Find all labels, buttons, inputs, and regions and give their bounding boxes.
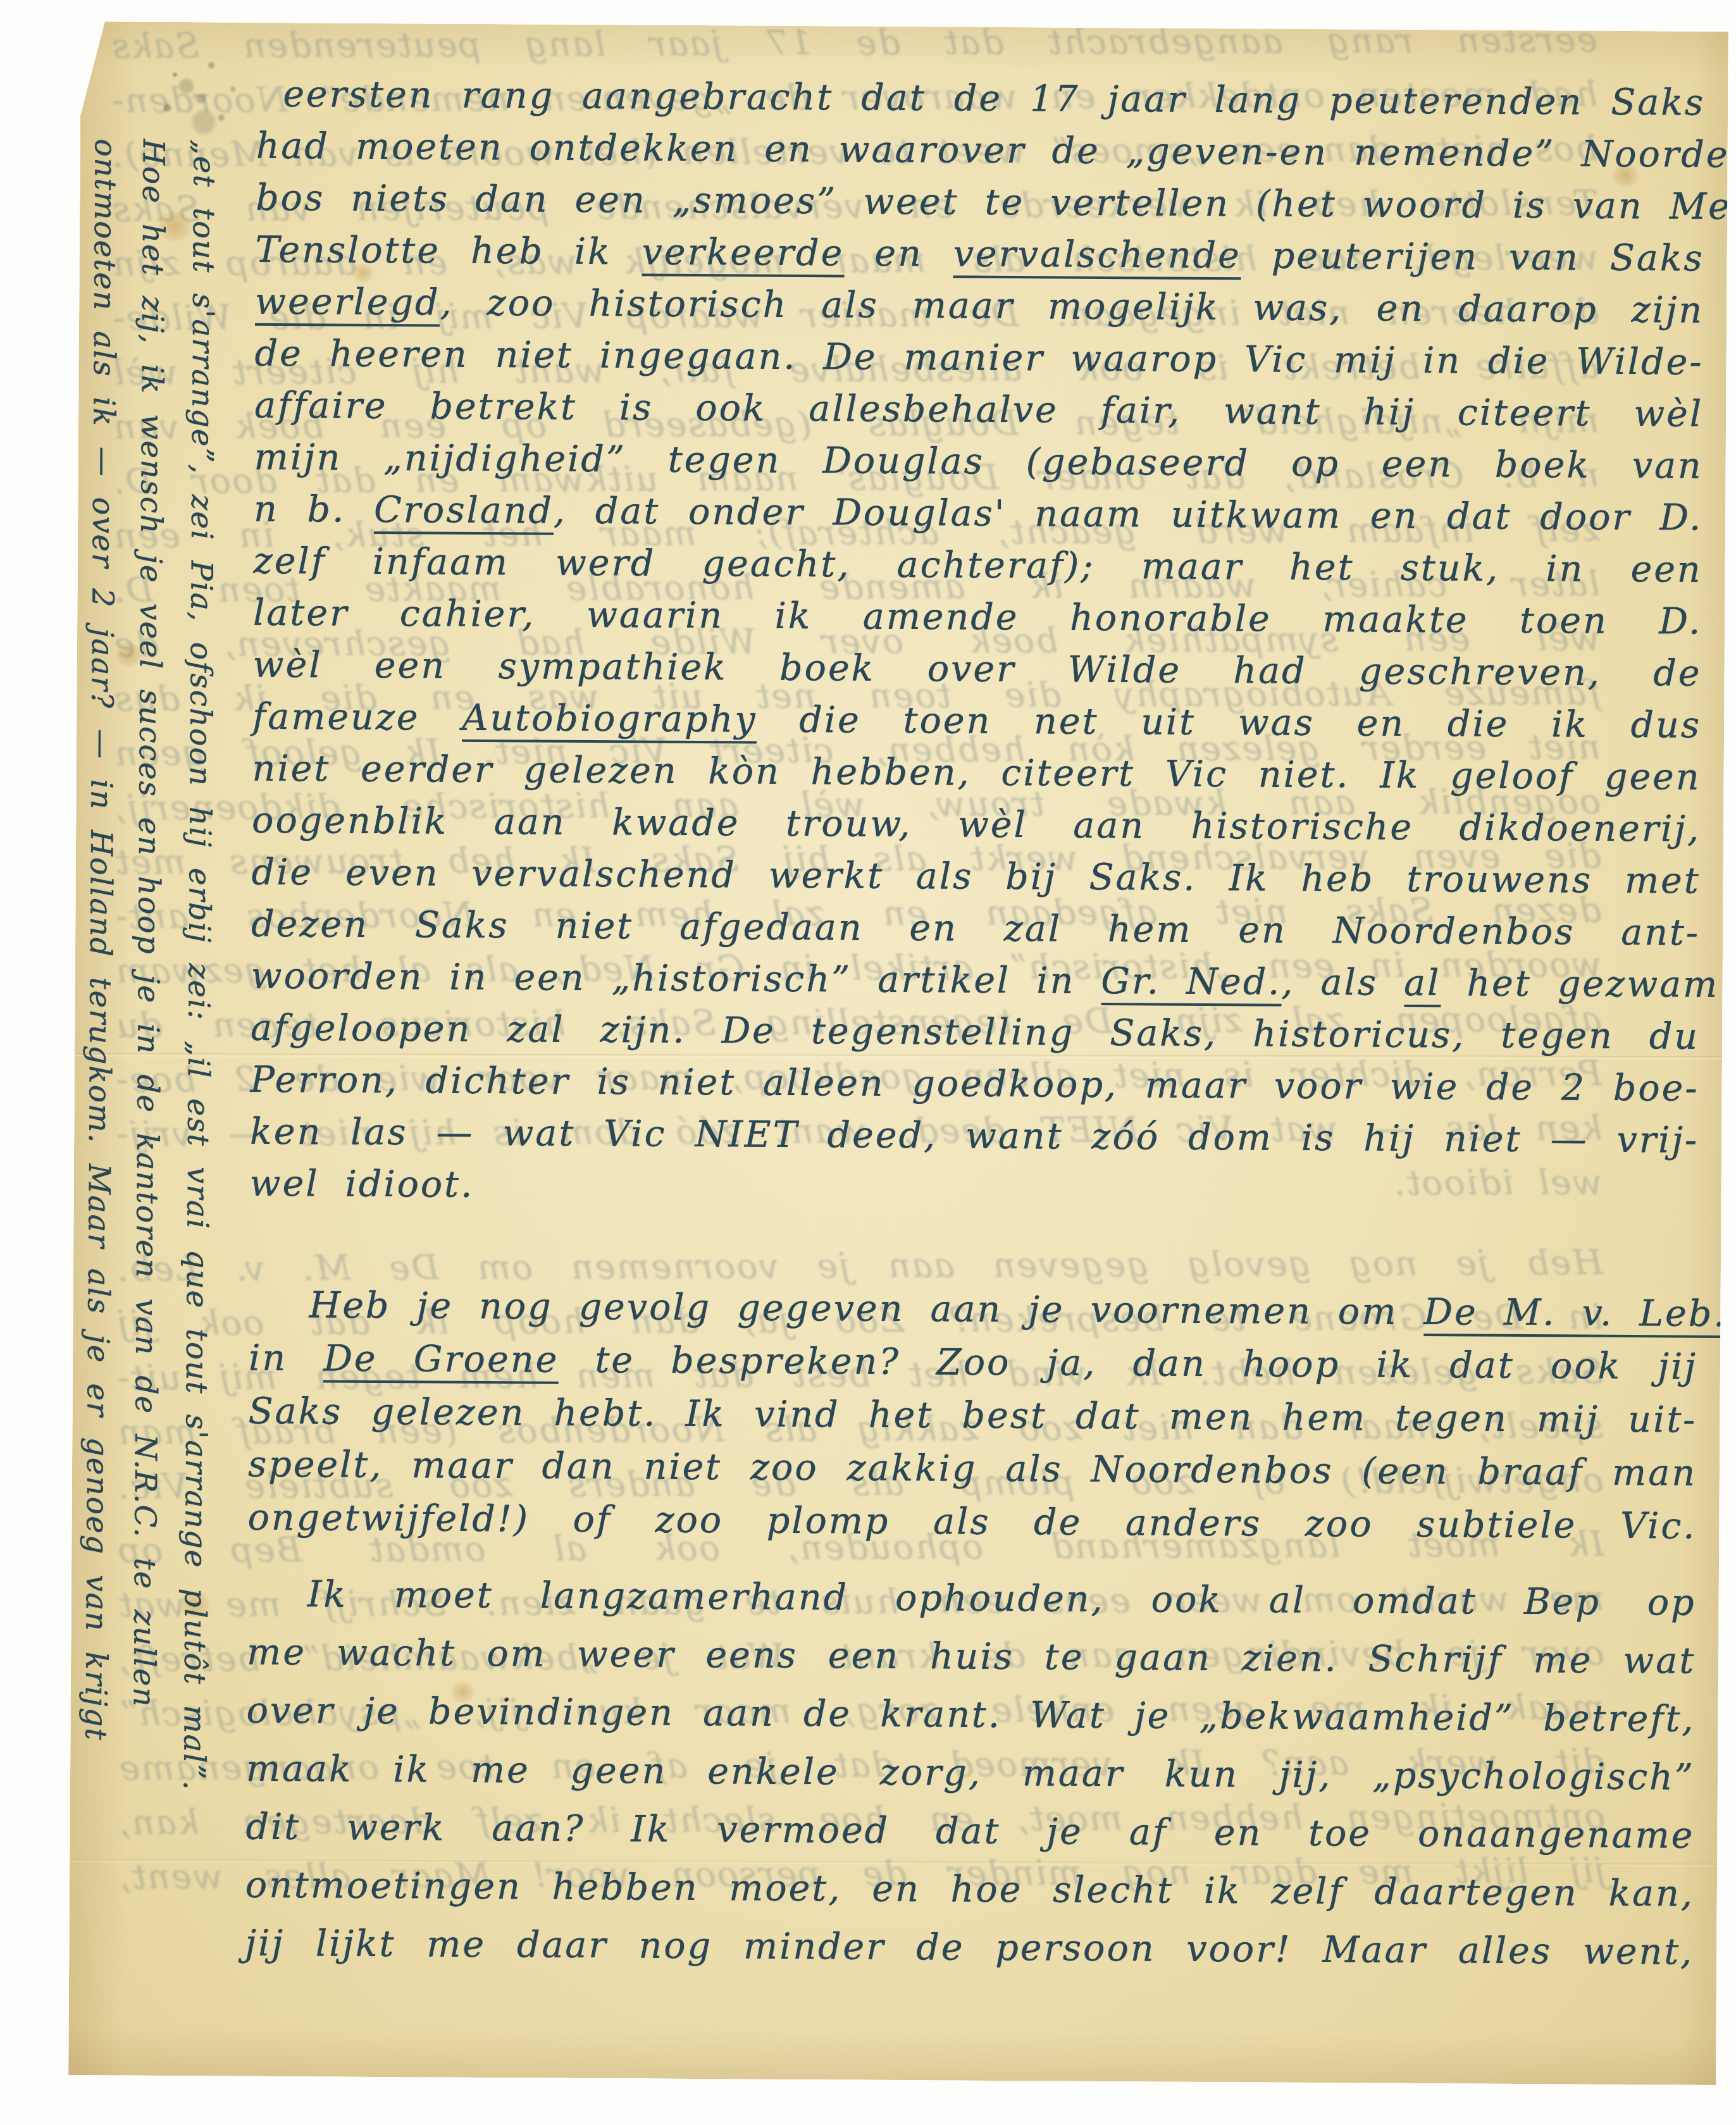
- handwritten-line: over je bevindingen aan de krant. Wat je…: [246, 1682, 1696, 1749]
- handwritten-line: Saks gelezen hebt. Ik vind het best dat …: [248, 1385, 1697, 1447]
- handwritten-line: Ik moet langzamerhand ophouden, ook al o…: [247, 1565, 1696, 1632]
- text-segment: het gezwam: [1441, 962, 1719, 1006]
- text-segment: later cahier, waarin ik amende honorable…: [253, 592, 1702, 643]
- text-segment: woorden in een „historisch” artikel in: [251, 955, 1101, 1002]
- handwritten-line: fameuze Autobiography die toen net uit w…: [252, 691, 1701, 752]
- text-segment: Saks gelezen hebt. Ik vind het best dat …: [248, 1391, 1697, 1441]
- underlined-word: weerlegd: [255, 281, 440, 327]
- underlined-word: De M. v. Leb.: [1423, 1291, 1727, 1338]
- handwritten-line: woorden in een „historisch” artikel in G…: [251, 950, 1699, 1011]
- underlined-word: De Groene: [323, 1337, 559, 1384]
- text-segment: oogenblik aan kwade trouw, wèl aan histo…: [252, 800, 1701, 850]
- handwritten-line: wel idioot.: [249, 1158, 1698, 1218]
- handwritten-line: ongetwijfeld!) of zoo plomp als de ander…: [247, 1491, 1696, 1553]
- text-segment: , zoo historisch als maar mogelijk was, …: [440, 282, 1704, 331]
- text-segment: affaire betrekt is ook allesbehalve fair…: [254, 385, 1703, 435]
- handwritten-line: Heb je nog gevolg gegeven aan je voornem…: [249, 1279, 1697, 1341]
- text-segment: , als: [1281, 962, 1404, 1004]
- text-segment: afgeloopen zal zijn. De tegenstelling Sa…: [251, 1007, 1699, 1058]
- handwritten-line: de heeren niet ingegaan. De manier waaro…: [254, 328, 1703, 388]
- margin-note-line-2: Hoe het zij, ik wensch je veel succes en…: [124, 139, 171, 2075]
- underlined-word: Gr. Ned.: [1101, 960, 1281, 1007]
- text-segment: me wacht om weer eens een huis te gaan z…: [247, 1632, 1696, 1682]
- handwritten-line: maak ik me geen enkele zorg, maar kun ji…: [246, 1740, 1696, 1807]
- text-segment: maak ik me geen enkele zorg, maar kun ji…: [246, 1748, 1695, 1799]
- text-segment: over je bevindingen aan de krant. Wat je…: [246, 1690, 1695, 1740]
- handwritten-line: oogenblik aan kwade trouw, wèl aan histo…: [252, 795, 1701, 855]
- text-segment: eersten rang aangebracht dat de 17 jaar …: [283, 73, 1705, 124]
- text-segment: niet eerder gelezen kòn hebben, citeert …: [252, 748, 1701, 798]
- text-segment: eersten rang aangebracht dat de 17 jaar …: [111, 19, 1597, 66]
- handwritten-line: weerlegd, zoo historisch als maar mogeli…: [255, 276, 1704, 337]
- handwritten-line: Tenslotte heb ik verkeerde en vervalsche…: [255, 224, 1704, 285]
- text-segment: de heeren niet ingegaan. De manier waaro…: [255, 333, 1704, 383]
- text-segment: Perron, dichter is niet alleen goedkoop,…: [251, 1059, 1699, 1110]
- text-segment: , dat onder Douglas' naam uitkwam en dat…: [554, 490, 1703, 539]
- handwritten-line: later cahier, waarin ik amende honorable…: [253, 587, 1702, 648]
- text-segment: peuterijen van Saks: [1241, 235, 1704, 279]
- text-segment: Tenslotte heb ik: [256, 229, 642, 273]
- paragraph-2: Heb je nog gevolg gegeven aan je voornem…: [247, 1279, 1698, 1553]
- text-segment: speelt, maar dan niet zoo zakkig als Noo…: [248, 1444, 1697, 1494]
- handwritten-line: wèl een sympathiek boek over Wilde had g…: [252, 639, 1701, 700]
- handwritten-line: eersten rang aangebracht dat de 17 jaar …: [256, 68, 1705, 129]
- text-segment: dezen Saks niet afgedaan en zal hem en N…: [251, 903, 1700, 954]
- text-segment: had moeten ontdekken en waarover de „gev…: [256, 125, 1736, 177]
- text-segment: dit werk aan? Ik vermoed dat je af en to…: [245, 1806, 1694, 1857]
- text-segment: jij lijkt me daar nog minder de persoon …: [245, 1923, 1694, 1973]
- text-segment: zelf infaam werd geacht, achteraf); maar…: [254, 540, 1702, 591]
- text-segment: en: [844, 232, 953, 275]
- margin-note-line-3: ontmoeten als ik — over 2 jaar? — in Hol…: [76, 139, 123, 2074]
- text-segment: Ik moet langzamerhand ophouden, ook al o…: [307, 1573, 1696, 1623]
- handwritten-line: zelf infaam werd geacht, achteraf); maar…: [253, 535, 1702, 596]
- handwritten-line: affaire betrekt is ook allesbehalve fair…: [254, 380, 1703, 440]
- handwritten-line: ontmoetingen hebben moet, en hoe slecht …: [245, 1856, 1695, 1923]
- underlined-word: al: [1404, 962, 1441, 1007]
- text-segment: in: [249, 1337, 324, 1380]
- handwritten-line: niet eerder gelezen kòn hebben, citeert …: [252, 743, 1701, 803]
- scanned-letter-background: eersten rang aangebracht dat de 17 jaar …: [0, 0, 1736, 2125]
- text-segment: bos niets dan een „smoes” weet te vertel…: [256, 177, 1736, 228]
- handwritten-line: eersten rang aangebracht dat de 17 jaar …: [111, 12, 1597, 73]
- handwritten-line: ken las — wat Vic NIET deed, want zóó do…: [250, 1106, 1699, 1167]
- underlined-word: vervalschende: [953, 233, 1242, 280]
- text-segment: ken las — wat Vic NIET deed, want zóó do…: [250, 1111, 1699, 1162]
- handwritten-line: dezen Saks niet afgedaan en zal hem en N…: [251, 898, 1700, 959]
- letter-page: eersten rang aangebracht dat de 17 jaar …: [68, 22, 1728, 2085]
- paragraph-1: eersten rang aangebracht dat de 17 jaar …: [249, 68, 1705, 1218]
- underlined-word: verkeerde: [642, 232, 844, 278]
- handwritten-line: n b. Crosland, dat onder Douglas' naam u…: [254, 483, 1702, 544]
- text-segment: Heb je nog gevolg gegeven aan je voornem…: [309, 1284, 1423, 1333]
- text-segment: wèl een sympathiek boek over Wilde had g…: [253, 644, 1702, 695]
- handwritten-line: mijn „nijdigheid” tegen Douglas (gebasee…: [254, 431, 1702, 492]
- handwritten-line: afgeloopen zal zijn. De tegenstelling Sa…: [251, 1002, 1699, 1063]
- handwritten-line: jij lijkt me daar nog minder de persoon …: [245, 1914, 1694, 1981]
- handwritten-line: Perron, dichter is niet alleen goedkoop,…: [250, 1054, 1699, 1115]
- margin-note-line-1: „et tout s'arrange”, zei Pia, ofschoon h…: [175, 139, 221, 2075]
- faded-stamp-mark: [131, 46, 277, 142]
- handwritten-line: speelt, maar dan niet zoo zakkig als Noo…: [248, 1438, 1697, 1500]
- text-segment: fameuze: [252, 696, 462, 739]
- handwritten-line: dit werk aan? Ik vermoed dat je af en to…: [245, 1798, 1695, 1865]
- text-segment: te bespreken? Zoo ja, dan hoop ik dat oo…: [559, 1339, 1697, 1388]
- underlined-word: Crosland: [374, 489, 554, 535]
- text-segment: wel idioot.: [250, 1163, 474, 1206]
- text-segment: ontmoetingen hebben moet, en hoe slecht …: [245, 1864, 1694, 1915]
- handwritten-line: me wacht om weer eens een huis te gaan z…: [247, 1623, 1696, 1690]
- handwritten-line: bos niets dan een „smoes” weet te vertel…: [256, 172, 1704, 233]
- text-segment: mijn „nijdigheid” tegen Douglas (gebasee…: [254, 437, 1703, 487]
- underlined-word: Autobiography: [462, 697, 757, 744]
- handwritten-line: die even vervalschend werkt als bij Saks…: [251, 846, 1700, 907]
- handwritten-line: had moeten ontdekken en waarover de „gev…: [256, 120, 1704, 181]
- text-segment: die toen net uit was en die ik dus: [757, 699, 1701, 747]
- text-segment: ongetwijfeld!) of zoo plomp als de ander…: [247, 1497, 1696, 1547]
- text-segment: die even vervalschend werkt als bij Saks…: [252, 852, 1701, 902]
- handwritten-line: in De Groene te bespreken? Zoo ja, dan h…: [249, 1332, 1697, 1394]
- paragraph-3: Ik moet langzamerhand ophouden, ook al o…: [245, 1565, 1696, 1981]
- text-segment: n b.: [254, 488, 374, 531]
